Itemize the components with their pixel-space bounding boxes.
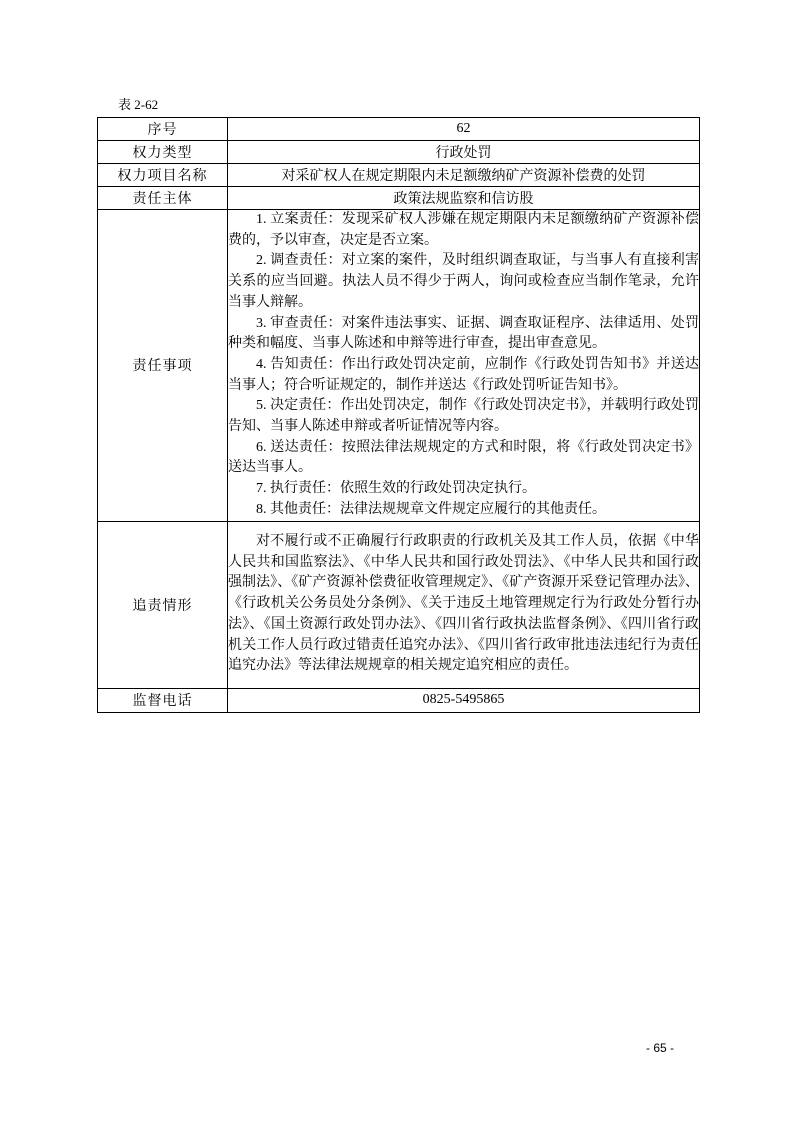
responsible-body-row: 责任主体 政策法规监察和信访股 [98, 187, 700, 210]
power-item-name-row: 权力项目名称 对采矿权人在规定期限内未足额缴纳矿产资源补偿费的处罚 [98, 164, 700, 187]
serial-number-value: 62 [228, 118, 700, 141]
duty-item-7: 7. 执行责任：依照生效的行政处罚决定执行。 [228, 479, 699, 500]
duty-items-label: 责任事项 [98, 210, 228, 522]
serial-number-label: 序号 [98, 118, 228, 141]
accountability-text: 对不履行或不正确履行行政职责的行政机关及其工作人员，依据《中华人民共和国监察法》… [228, 532, 699, 677]
power-item-name-value: 对采矿权人在规定期限内未足额缴纳矿产资源补偿费的处罚 [228, 164, 700, 187]
power-type-row: 权力类型 行政处罚 [98, 141, 700, 164]
duty-item-3: 3. 审查责任：对案件违法事实、证据、调查取证程序、法律适用、处罚种类和幅度、当… [228, 314, 699, 355]
document-page: 表 2-62 序号 62 权力类型 行政处罚 权力项目名称 对采矿权人在规定期限… [0, 0, 793, 1122]
power-type-label: 权力类型 [98, 141, 228, 164]
power-item-name-label: 权力项目名称 [98, 164, 228, 187]
duty-item-8: 8. 其他责任：法律法规规章文件规定应履行的其他责任。 [228, 500, 699, 521]
duty-item-2: 2. 调查责任：对立案的案件，及时组织调查取证，与当事人有直接利害关系的应当回避… [228, 251, 699, 313]
responsibility-table: 序号 62 权力类型 行政处罚 权力项目名称 对采矿权人在规定期限内未足额缴纳矿… [97, 117, 700, 713]
table-caption: 表 2-62 [118, 97, 158, 113]
power-type-value: 行政处罚 [228, 141, 700, 164]
supervision-phone-row: 监督电话 0825-5495865 [98, 688, 700, 712]
duty-items-row: 责任事项 1. 立案责任：发现采矿权人涉嫌在规定期限内未足额缴纳矿产资源补偿费的… [98, 210, 700, 522]
supervision-phone-label: 监督电话 [98, 688, 228, 712]
supervision-phone-value: 0825-5495865 [228, 688, 700, 712]
serial-number-row: 序号 62 [98, 118, 700, 141]
duty-item-6: 6. 送达责任：按照法律法规规定的方式和时限，将《行政处罚决定书》送达当事人。 [228, 438, 699, 479]
accountability-cell: 对不履行或不正确履行行政职责的行政机关及其工作人员，依据《中华人民共和国监察法》… [228, 521, 700, 688]
accountability-row: 追责情形 对不履行或不正确履行行政职责的行政机关及其工作人员，依据《中华人民共和… [98, 521, 700, 688]
duty-items-cell: 1. 立案责任：发现采矿权人涉嫌在规定期限内未足额缴纳矿产资源补偿费的，予以审查… [228, 210, 700, 522]
responsible-body-value: 政策法规监察和信访股 [228, 187, 700, 210]
accountability-label: 追责情形 [98, 521, 228, 688]
responsible-body-label: 责任主体 [98, 187, 228, 210]
duty-item-4: 4. 告知责任：作出行政处罚决定前，应制作《行政处罚告知书》并送达当事人；符合听… [228, 355, 699, 396]
page-number: - 65 - [646, 1041, 674, 1055]
duty-item-5: 5. 决定责任：作出处罚决定，制作《行政处罚决定书》，并载明行政处罚告知、当事人… [228, 396, 699, 437]
duty-item-1: 1. 立案责任：发现采矿权人涉嫌在规定期限内未足额缴纳矿产资源补偿费的，予以审查… [228, 210, 699, 251]
